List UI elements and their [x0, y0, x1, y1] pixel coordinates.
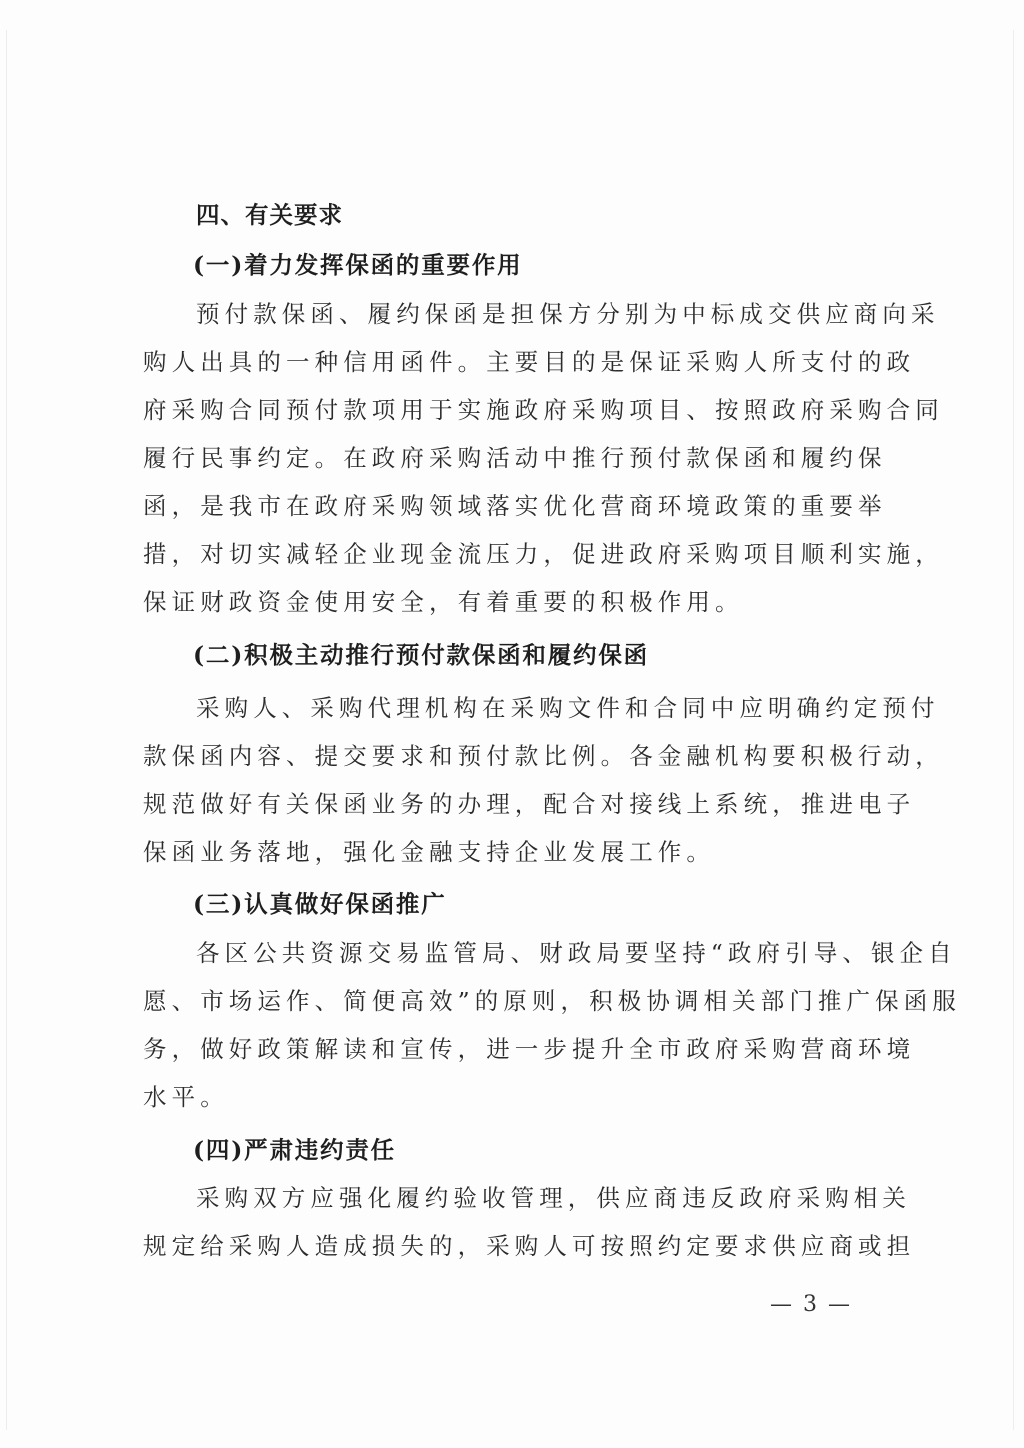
paragraph-line: 愿、市场运作、简便高效”的原则，积极协调相关部门推广保函服 [143, 986, 883, 1016]
paragraph-line: 采购人、采购代理机构在采购文件和合同中应明确约定预付 [196, 693, 936, 723]
paragraph-line: 采购双方应强化履约验收管理，供应商违反政府采购相关 [196, 1183, 936, 1213]
section-heading: 四、有关要求 [196, 200, 936, 230]
paragraph-line: 函，是我市在政府采购领域落实优化营商环境政策的重要举 [143, 491, 883, 521]
subsection-3-title: (三)认真做好保函推广 [193, 889, 933, 919]
subsection-4-title: (四)严肃违约责任 [193, 1135, 933, 1165]
paragraph-line: 款保函内容、提交要求和预付款比例。各金融机构要积极行动， [143, 741, 883, 771]
paragraph-line: 预付款保函、履约保函是担保方分别为中标成交供应商向采 [196, 299, 936, 329]
paragraph-line: 措，对切实减轻企业现金流压力，促进政府采购项目顺利实施， [143, 539, 883, 569]
subsection-2-title: (二)积极主动推行预付款保函和履约保函 [193, 640, 933, 670]
paragraph-line: 履行民事约定。在政府采购活动中推行预付款保函和履约保 [143, 443, 883, 473]
page-number: — 3 — [770, 1290, 852, 1320]
paragraph-line: 各区公共资源交易监管局、财政局要坚持“政府引导、银企自 [196, 938, 936, 968]
page-edge-left [6, 30, 7, 1430]
paragraph-line: 购人出具的一种信用函件。主要目的是保证采购人所支付的政 [143, 347, 883, 377]
paragraph-line: 规定给采购人造成损失的，采购人可按照约定要求供应商或担 [143, 1231, 883, 1261]
document-page: 四、有关要求 (一)着力发挥保函的重要作用 预付款保函、履约保函是担保方分别为中… [0, 0, 1024, 1448]
paragraph-line: 府采购合同预付款项用于实施政府采购项目、按照政府采购合同 [143, 395, 883, 425]
page-edge-right [1013, 30, 1014, 1430]
paragraph-line: 水平。 [143, 1082, 883, 1112]
paragraph-line: 保证财政资金使用安全，有着重要的积极作用。 [143, 587, 883, 617]
paragraph-line: 务，做好政策解读和宣传，进一步提升全市政府采购营商环境 [143, 1034, 883, 1064]
subsection-1-title: (一)着力发挥保函的重要作用 [193, 250, 933, 280]
paragraph-line: 规范做好有关保函业务的办理，配合对接线上系统，推进电子 [143, 789, 883, 819]
paragraph-line: 保函业务落地，强化金融支持企业发展工作。 [143, 837, 883, 867]
